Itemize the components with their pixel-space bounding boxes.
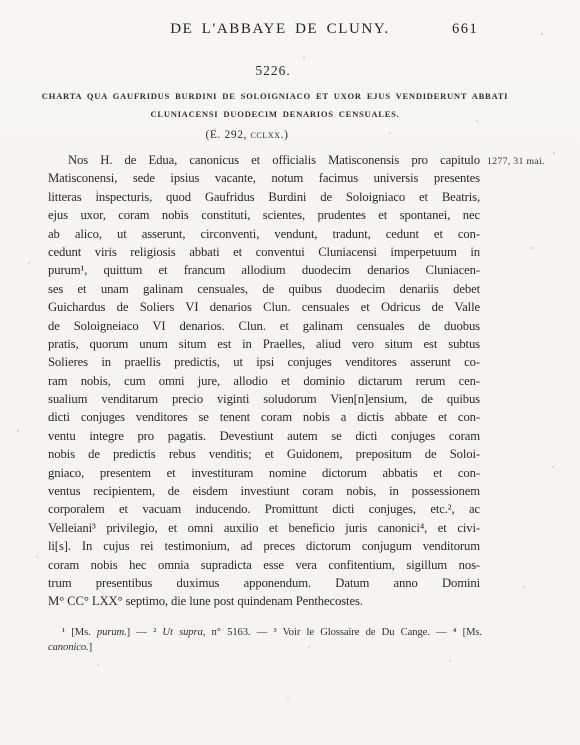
text-line: nobis de predictis rebus venditis; et Gu… [48,445,480,463]
text-line: dicti conjuges venditores se tenent cora… [48,408,480,426]
footnote-italic-text: purum. [97,627,127,638]
source-reference: (E. 292, cclxx.) [0,129,494,141]
margin-date: 1277, 31 mai. [487,156,545,167]
charter-heading-line1: CHARTA QUA GAUFRIDUS BURDINI DE SOLOIGNI… [0,87,550,105]
text-line: Velleiani³ privilegio, et omni auxilio e… [48,519,480,537]
text-line: pratis, quorum unum situm est in Praelle… [48,335,480,353]
text-line: corporalem et vacuam inducendo. Promittu… [48,500,480,518]
footnote-italic-text: canonico. [48,642,89,653]
footnote-text: ] [89,642,92,653]
footnote: ¹ [Ms. purum.] — ² Ut supra, n° 5163. — … [48,626,482,655]
text-line: ses et unam galinam censuales, de quibus… [48,280,480,298]
paper-speckles [0,0,2,2]
text-line: sualium venditarum precio viginti soludo… [48,390,480,408]
text-line: ventus recipientem, de eisdem investiunt… [48,482,480,500]
text-line: trum presentibus duximus apponendum. Dat… [48,574,480,592]
text-line: M° CC° LXX° septimo, die lune post quind… [48,592,480,610]
footnote-line2: canonico.] [48,641,482,656]
text-line: Solieres in praellis predictis, ut ipsi … [48,353,480,371]
text-line: ab alico, ut asserunt, circonventi, vend… [48,225,480,243]
text-line: de Soloigneiaco VI denarios. Clun. et ga… [48,317,480,335]
page-number: 661 [452,21,478,38]
body-text: Nos H. de Edua, canonicus et officialis … [48,151,480,611]
text-line: litteras inspecturis, quod Gaufridus Bur… [48,188,480,206]
charter-heading-line2: CLUNIACENSI DUODECIM DENARIOS CENSUALES. [0,105,550,123]
charter-heading: CHARTA QUA GAUFRIDUS BURDINI DE SOLOIGNI… [0,87,550,123]
footnote-text: ] — ² [127,627,163,638]
text-line: ventu integre pro pagatis. Devestiunt au… [48,427,480,445]
text-line: gniaco, presentem et investituram nomine… [48,464,480,482]
footnote-text: ¹ [Ms. [62,627,97,638]
footnote-line1: ¹ [Ms. purum.] — ² Ut supra, n° 5163. — … [48,626,482,641]
charter-number: 5226. [0,63,546,79]
text-line: Nos H. de Edua, canonicus et officialis … [48,151,480,169]
footnote-italic-text: Ut supra [162,627,202,638]
text-line: Guichardus de Soliers VI denarios Clun. … [48,298,480,316]
book-page: DE L'ABBAYE DE CLUNY. 661 5226. CHARTA Q… [0,0,580,745]
footnote-text: , n° 5163. — ³ Voir le Glossaire de Du C… [203,627,482,638]
text-line: li[s]. In cujus rei testimonium, ad prec… [48,537,480,555]
text-line: purum¹, quittum et francum allodium duod… [48,261,480,279]
text-line: ejus uxor, coram nobis constituti, scien… [48,206,480,224]
text-line: cedunt viris religiosis abbati et conven… [48,243,480,261]
text-line: ram nobis, cum omni jure, allodio et dom… [48,372,480,390]
text-line: Matisconensi, sede ipsius vacante, notum… [48,169,480,187]
text-line: coram nobis hec omnia supradicta esse ve… [48,556,480,574]
